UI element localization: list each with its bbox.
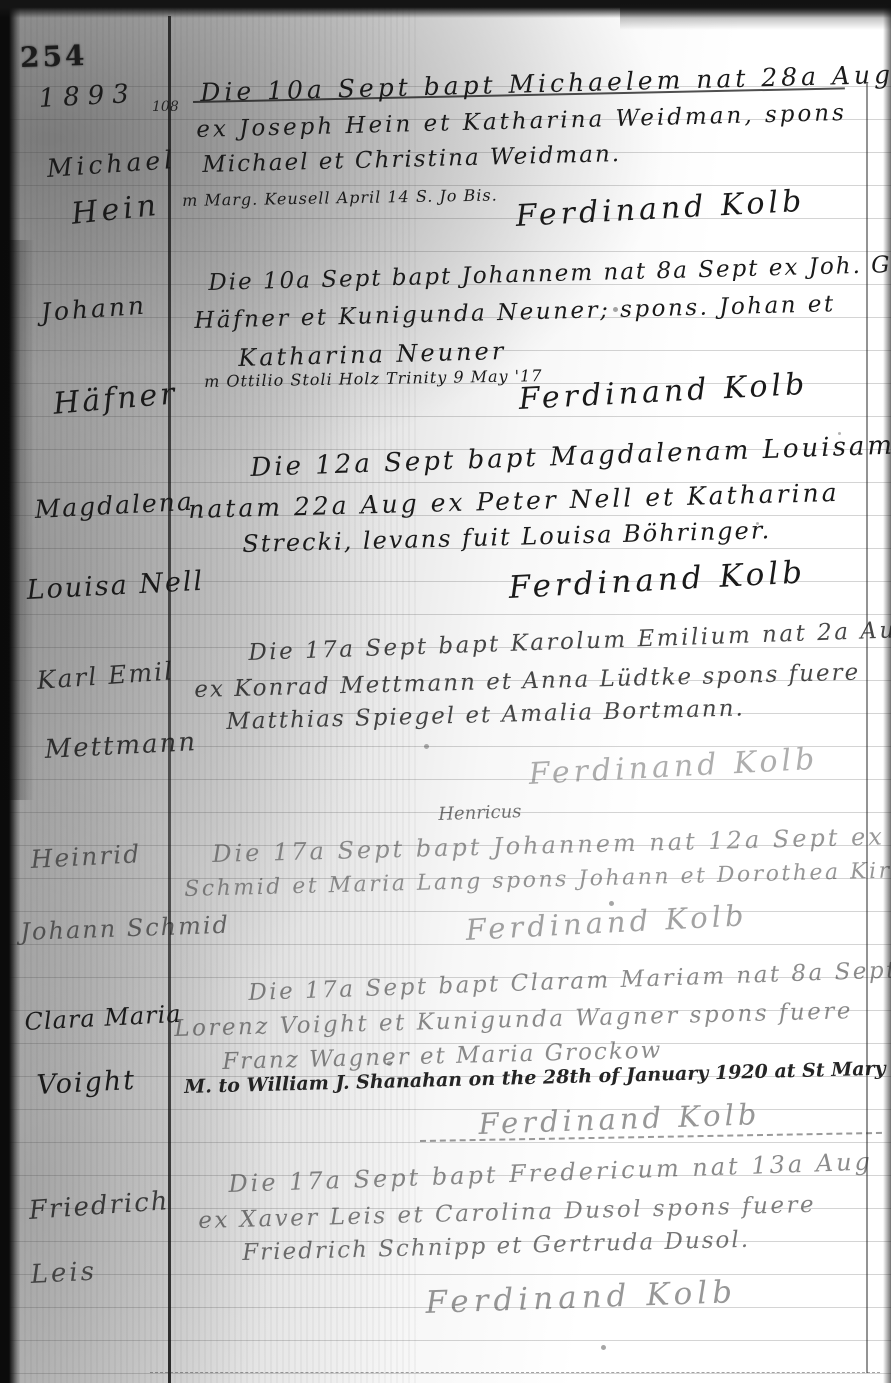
record-line: Die 17a Sept bapt Karolum Emilium nat 2a… (248, 618, 891, 665)
record-line: Strecki, levans fuit Louisa Böhringer. (242, 518, 772, 556)
margin-name: Friedrich (28, 1188, 170, 1224)
margin-name: Karl Emil (36, 658, 175, 693)
priest-signature: Ferdinand Kolb (425, 1277, 738, 1319)
priest-signature: Ferdinand Kolb (478, 1100, 761, 1139)
record-line: Die 17a Sept bapt Claram Mariam nat 8a S… (248, 958, 891, 1005)
record-line: Die 10a Sept bapt Johannem nat 8a Sept e… (208, 254, 891, 295)
bottom-rule-line (150, 1372, 880, 1373)
margin-name: Johann (40, 293, 148, 325)
margin-name: Voight (36, 1067, 137, 1099)
binding-shadow (0, 240, 34, 800)
scan-speckles (0, 0, 3, 3)
record-line: Katharina Neuner (238, 339, 507, 370)
inserted-correction: Henricus (438, 803, 522, 824)
baptism-note: m Ottilio Stoli Holz Trinity 9 May '17 (204, 368, 543, 390)
margin-name: Hein (70, 191, 161, 230)
record-line: Friedrich Schnipp et Gertruda Dusol. (242, 1229, 750, 1265)
margin-name: Clara Maria (24, 1002, 182, 1034)
record-line: Michael et Christina Weidman. (202, 143, 621, 177)
record-line: ex Joseph Hein et Katharina Weidman, spo… (196, 102, 847, 142)
margin-name: Leis (30, 1259, 98, 1288)
entry-year-note: 108 (152, 100, 179, 114)
priest-signature: Ferdinand Kolb (518, 370, 809, 415)
baptism-note: m Marg. Keusell April 14 S. Jo Bis. (182, 187, 498, 209)
record-line: Lorenz Voight et Kunigunda Wagner spons … (174, 1000, 853, 1041)
top-right-scan-edge (620, 0, 891, 30)
record-line: Die 12a Sept bapt Magdalenam Louisam (250, 432, 891, 480)
record-line: Schmid et Maria Lang spons Johann et Dor… (184, 860, 891, 901)
margin-name: Häfner (52, 379, 179, 420)
priest-signature: Ferdinand Kolb (515, 187, 806, 232)
margin-name: Michael (46, 147, 177, 181)
page-number: 254 (19, 39, 88, 74)
entry-year: 1893 (38, 81, 137, 112)
priest-signature: Ferdinand Kolb (508, 557, 807, 604)
record-line: Die 17a Sept bapt Fredericum nat 13a Aug (228, 1149, 873, 1195)
margin-column-rule (168, 16, 171, 1383)
priest-signature: Ferdinand Kolb (528, 745, 819, 790)
margin-name: Johann Schmid (20, 913, 230, 944)
right-scan-edge (883, 0, 891, 1383)
margin-name: Louisa Nell (26, 568, 205, 604)
record-line: natam 22a Aug ex Peter Nell et Katharina (188, 480, 840, 522)
margin-name: Heinrid (30, 841, 142, 872)
register-page-scan: 254 1893 108 Michael Hein Die 10a Sept b… (0, 0, 891, 1383)
margin-name: Mettmann (44, 729, 198, 763)
priest-signature: Ferdinand Kolb (465, 901, 748, 945)
record-line: Die 17a Sept bapt Johannem nat 12a Sept … (212, 824, 885, 866)
record-line: Matthias Spiegel et Amalia Bortmann. (226, 697, 745, 734)
record-line: Häfner et Kunigunda Neuner; spons. Johan… (194, 293, 836, 333)
record-line: ex Konrad Mettmann et Anna Lüdtke spons … (194, 662, 861, 702)
